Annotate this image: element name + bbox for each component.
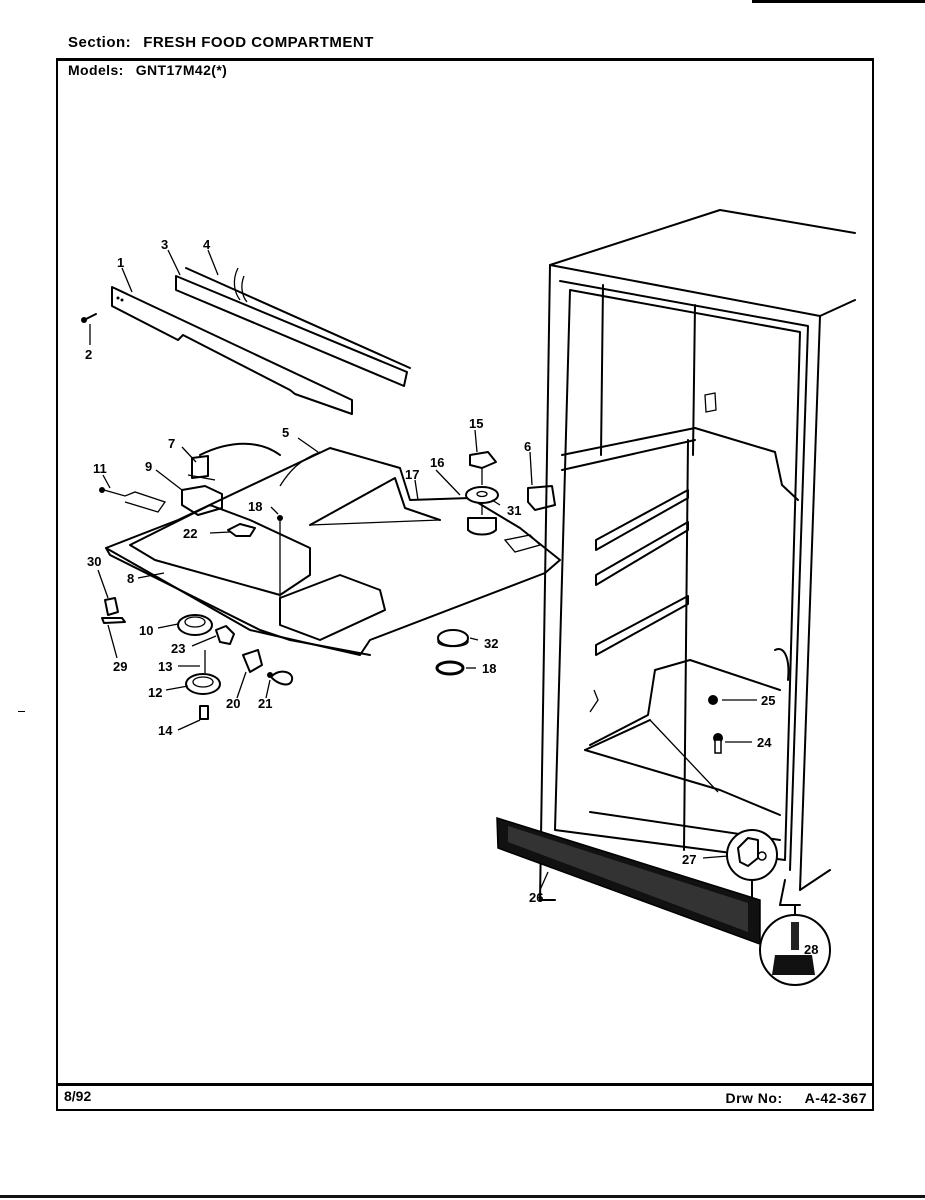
part-5-panel	[106, 444, 560, 655]
callout-18-ring: 18	[482, 662, 496, 675]
drawing-number-value: A-42-367	[805, 1090, 867, 1106]
callout-8: 8	[127, 572, 134, 585]
part-24-screw	[713, 733, 723, 753]
part-22-clip	[228, 524, 255, 536]
part-12-ring	[186, 650, 220, 694]
part-10-ring	[178, 615, 212, 635]
part-6-switch	[528, 486, 555, 510]
callout-28: 28	[804, 943, 818, 956]
footer-rule	[56, 1083, 874, 1086]
callout-16: 16	[430, 456, 444, 469]
part-19-ring	[437, 662, 463, 674]
callout-3: 3	[161, 238, 168, 251]
drawing-number-label: Drw No:	[725, 1090, 782, 1106]
callout-17: 17	[405, 468, 419, 481]
leader-lines	[98, 250, 757, 890]
callout-9: 9	[145, 460, 152, 473]
page-bottom-rule	[0, 1195, 925, 1198]
part-27-clip-detail	[727, 830, 777, 898]
callout-5: 5	[282, 426, 289, 439]
callout-29: 29	[113, 660, 127, 673]
callout-11: 11	[93, 462, 107, 475]
part-1-bracket	[112, 287, 352, 414]
part-2-screw	[81, 314, 96, 345]
callout-13: 13	[158, 660, 172, 673]
part-18-screw	[277, 515, 283, 620]
part-11-clip	[99, 487, 165, 512]
part-28-leveling-leg	[760, 905, 830, 985]
exploded-parts-drawing	[0, 0, 925, 1200]
callout-21: 21	[258, 697, 272, 710]
part-30-29-bracket	[102, 598, 125, 623]
callout-24: 24	[757, 736, 771, 749]
callout-4: 4	[203, 238, 210, 251]
callout-22: 22	[183, 527, 197, 540]
part-3-4-rail	[176, 268, 410, 386]
part-15-16-31-damper	[466, 452, 498, 535]
callout-23: 23	[171, 642, 185, 655]
callout-20: 20	[226, 697, 240, 710]
callout-15: 15	[469, 417, 483, 430]
part-14-screw	[200, 706, 208, 719]
callout-27: 27	[682, 853, 696, 866]
callout-10: 10	[139, 624, 153, 637]
part-23-bulb-holder	[216, 626, 234, 644]
drawing-number: Drw No:A-42-367	[725, 1090, 867, 1106]
callout-1: 1	[117, 256, 124, 269]
callout-6: 6	[524, 440, 531, 453]
callout-18-screw: 18	[248, 500, 262, 513]
callout-26: 26	[529, 891, 543, 904]
refrigerator-cabinet	[540, 210, 855, 905]
part-26-grille	[497, 818, 760, 944]
callout-31: 31	[507, 504, 521, 517]
part-25-clip	[708, 695, 718, 705]
callout-32: 32	[484, 637, 498, 650]
part-32-cap	[438, 630, 468, 647]
callout-12: 12	[148, 686, 162, 699]
callout-2: 2	[85, 348, 92, 361]
footer-date: 8/92	[64, 1088, 91, 1104]
callout-14: 14	[158, 724, 172, 737]
part-20-socket	[243, 650, 262, 672]
callout-25: 25	[761, 694, 775, 707]
callout-7: 7	[168, 437, 175, 450]
part-7-socket	[188, 456, 215, 480]
margin-mark	[18, 711, 25, 712]
part-9-housing	[182, 486, 222, 515]
part-21-bulb	[267, 672, 292, 685]
callout-30: 30	[87, 555, 101, 568]
